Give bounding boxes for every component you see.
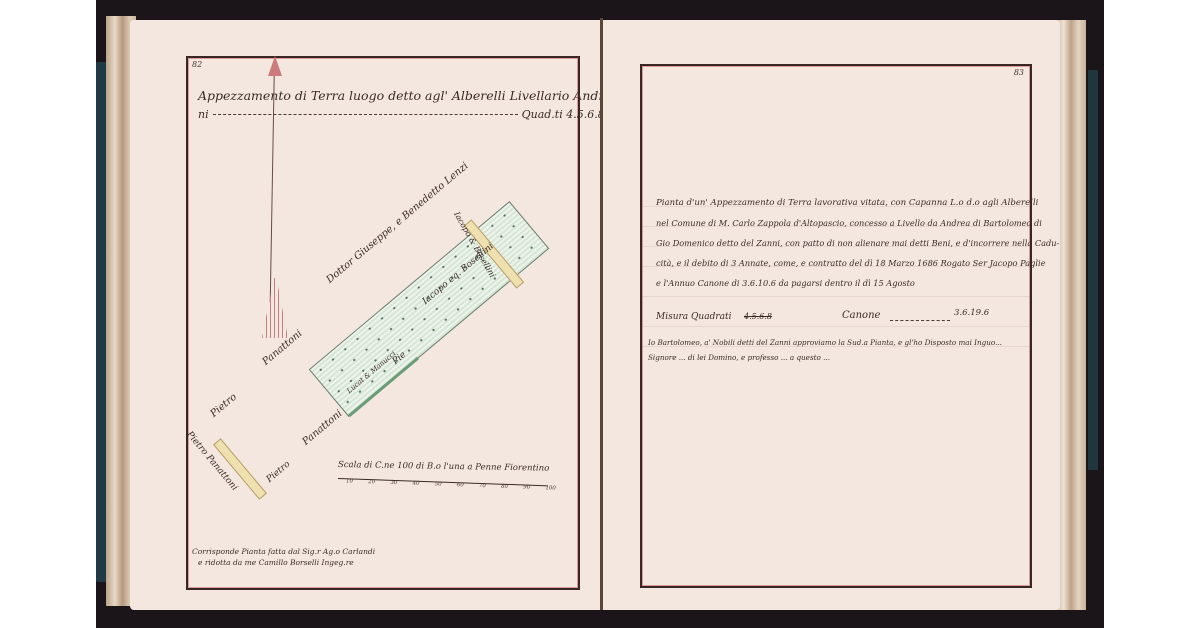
- canone-value: 3.6.19.6: [954, 308, 989, 318]
- scale-tick: 70: [479, 483, 486, 489]
- description-line: Pianta d'un' Appezzamento di Terra lavor…: [656, 198, 1038, 208]
- scale-tick: 40: [412, 481, 419, 487]
- description-line: e l'Annuo Canone di 3.6.10.6 da pagarsi …: [656, 278, 915, 288]
- approval-line: Io Bartolomeo, a' Nobili detti del Zanni…: [648, 338, 1002, 347]
- scale-tick: 100: [545, 485, 556, 491]
- north-arrow-icon: [268, 56, 282, 76]
- book-gutter: [600, 18, 603, 610]
- right-page-frame: 83 Pianta d'un' Appezzamento di Terra la…: [640, 64, 1032, 588]
- dashed-leader: [213, 114, 518, 115]
- canone-label: Canone: [842, 310, 880, 321]
- boundary-label: Panattoni: [300, 408, 344, 448]
- page-number-right: 83: [1014, 68, 1024, 77]
- surveyor-note-line: Corrisponde Pianta fatta dal Sig.r Ag.o …: [192, 546, 375, 557]
- scale-label: Scala di C.ne 100 di B.o l'una a Penne F…: [338, 460, 549, 474]
- description-line: cità, e il debito di 3 Annate, come, e c…: [656, 258, 1045, 268]
- book-photograph: 82 Appezzamento di Terra luogo detto agl…: [96, 0, 1104, 628]
- page-edges-right: [1056, 20, 1086, 610]
- scale-tick: 60: [457, 482, 464, 488]
- map-title: Appezzamento di Terra luogo detto agl' A…: [198, 88, 652, 103]
- left-page: 82 Appezzamento di Terra luogo detto agl…: [130, 20, 602, 610]
- ruled-line: [642, 326, 1030, 327]
- scale-tick: 50: [435, 481, 442, 487]
- description-line: nel Comune di M. Carlo Zappola d'Altopas…: [656, 218, 1042, 228]
- north-arrow-fletching-icon: [262, 278, 288, 338]
- scale-tick: 20: [368, 479, 375, 485]
- measure-label: Misura Quadrati: [656, 312, 732, 322]
- description-line: Gio Domenico detto del Zanni, con patto …: [656, 238, 1059, 248]
- scale-tick: 90: [523, 485, 530, 491]
- land-plot-map: [309, 201, 550, 417]
- vine-marks: [310, 202, 548, 415]
- area-label: Quad.ti 4.5.6.8: [522, 108, 605, 121]
- surveyor-note: Corrisponde Pianta fatta dal Sig.r Ag.o …: [192, 546, 375, 568]
- dashed-leader: [890, 320, 950, 321]
- title-fragment: ni: [198, 108, 209, 121]
- left-page-frame: 82 Appezzamento di Terra luogo detto agl…: [186, 56, 580, 590]
- scale-tick: 30: [390, 480, 397, 486]
- book-cover-right: [1088, 70, 1098, 470]
- right-page: 83 Pianta d'un' Appezzamento di Terra la…: [602, 20, 1060, 610]
- boundary-label: Pietro: [208, 392, 239, 420]
- map-title-continued: niQuad.ti 4.5.6.8: [198, 108, 568, 121]
- scale-ticks: 10 20 30 40 50 60 70 80 90 100: [346, 478, 556, 491]
- surveyor-note-line: e ridotta da me Camillo Borselli Ingeg.r…: [192, 557, 375, 568]
- scale-tick: 80: [501, 484, 508, 490]
- approval-line: Signore ... di lei Domino, e professo ..…: [648, 353, 830, 362]
- page-number-left: 82: [192, 60, 202, 69]
- measure-value-struck: 4.5.6.8: [744, 312, 772, 321]
- boundary-label: Pietro: [265, 459, 293, 484]
- ruled-line: [642, 296, 1030, 297]
- scale-tick: 10: [346, 478, 353, 484]
